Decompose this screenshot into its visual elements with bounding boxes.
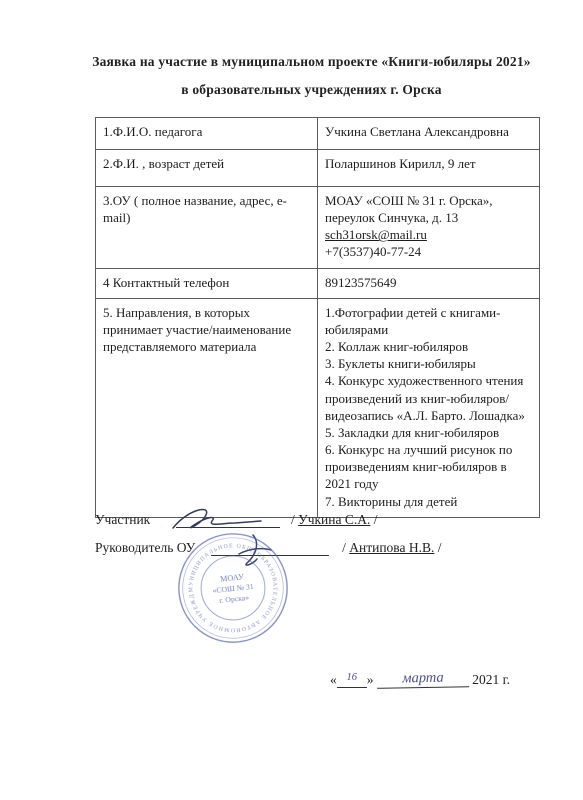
row2-label: 2.Ф.И. , возраст детей	[96, 150, 317, 186]
row1-value: Учкина Светлана Александровна	[317, 118, 539, 149]
open-quote: «	[330, 672, 337, 687]
title-line-1: Заявка на участие в муниципальном проект…	[40, 48, 583, 76]
slash-open: /	[342, 540, 346, 555]
table-row-directions: 5. Направления, в которых принимает учас…	[96, 299, 539, 517]
close-quote: »	[367, 672, 374, 687]
row1-label: 1.Ф.И.О. педагога	[96, 118, 317, 149]
stamp-center-line1: МОАУ	[220, 572, 245, 583]
participant-label: Участник	[95, 512, 150, 527]
date-year: 2021 г.	[472, 672, 510, 687]
direction-item: 6. Конкурс на лучший рисунок по произвед…	[325, 441, 531, 492]
document-title: Заявка на участие в муниципальном проект…	[40, 48, 583, 104]
application-table: 1.Ф.И.О. педагога Учкина Светлана Алекса…	[95, 117, 540, 518]
school-address: переулок Синчука, д. 13	[325, 209, 531, 226]
scanned-application-form: Заявка на участие в муниципальном проект…	[0, 0, 583, 800]
handwritten-month: марта	[377, 669, 469, 689]
direction-item: 5. Закладки для книг-юбиляров	[325, 424, 531, 441]
table-row-phone: 4 Контактный телефон 89123575649	[96, 269, 539, 299]
school-round-stamp: МУНИЦИПАЛЬНОЕ ОБЩЕОБРАЗОВАТЕЛЬНОЕ АВТОНО…	[169, 524, 296, 651]
handwritten-day: 16	[337, 672, 367, 688]
school-name: МОАУ «СОШ № 31 г. Орска»,	[325, 192, 531, 209]
participant-signature-row: Участник / Учкина С.А. /	[95, 512, 535, 540]
row5-label: 5. Направления, в которых принимает учас…	[96, 299, 317, 517]
table-row-teacher: 1.Ф.И.О. педагога Учкина Светлана Алекса…	[96, 118, 539, 150]
school-phone: +7(3537)40-77-24	[325, 243, 531, 260]
signature-section: Участник / Учкина С.А. / Руководитель ОУ…	[95, 512, 535, 568]
row2-value: Поларшинов Кирилл, 9 лет	[317, 150, 539, 186]
row5-value: 1.Фотографии детей с книгами-юбилярами 2…	[317, 299, 539, 517]
direction-item: 2. Коллаж книг-юбиляров	[325, 338, 531, 355]
participant-name: Учкина С.А.	[298, 512, 370, 527]
table-row-child: 2.Ф.И. , возраст детей Поларшинов Кирилл…	[96, 150, 539, 187]
row4-value: 89123575649	[317, 269, 539, 298]
school-email: sch31orsk@mail.ru	[325, 226, 531, 243]
date-line: «16» марта 2021 г.	[330, 670, 550, 688]
slash-close: /	[438, 540, 442, 555]
title-line-2: в образовательных учреждениях г. Орска	[40, 76, 583, 104]
head-name: Антипова Н.В.	[349, 540, 434, 555]
row3-label: 3.ОУ ( полное название, адрес, e-mail)	[96, 187, 317, 268]
direction-item: 7. Викторины для детей	[325, 493, 531, 510]
stamp-center-line3: г. Орска»	[219, 593, 250, 605]
direction-item: 1.Фотографии детей с книгами-юбилярами	[325, 304, 531, 338]
slash-open: /	[291, 512, 295, 527]
row4-label: 4 Контактный телефон	[96, 269, 317, 298]
direction-item: 3. Буклеты книги-юбиляры	[325, 355, 531, 372]
slash-close: /	[374, 512, 378, 527]
head-signature-row: Руководитель ОУ / Антипова Н.В. /	[95, 540, 535, 568]
row3-value: МОАУ «СОШ № 31 г. Орска», переулок Синчу…	[317, 187, 539, 268]
table-row-school: 3.ОУ ( полное название, адрес, e-mail) М…	[96, 187, 539, 269]
direction-item: 4. Конкурс художественного чтения произв…	[325, 372, 531, 423]
